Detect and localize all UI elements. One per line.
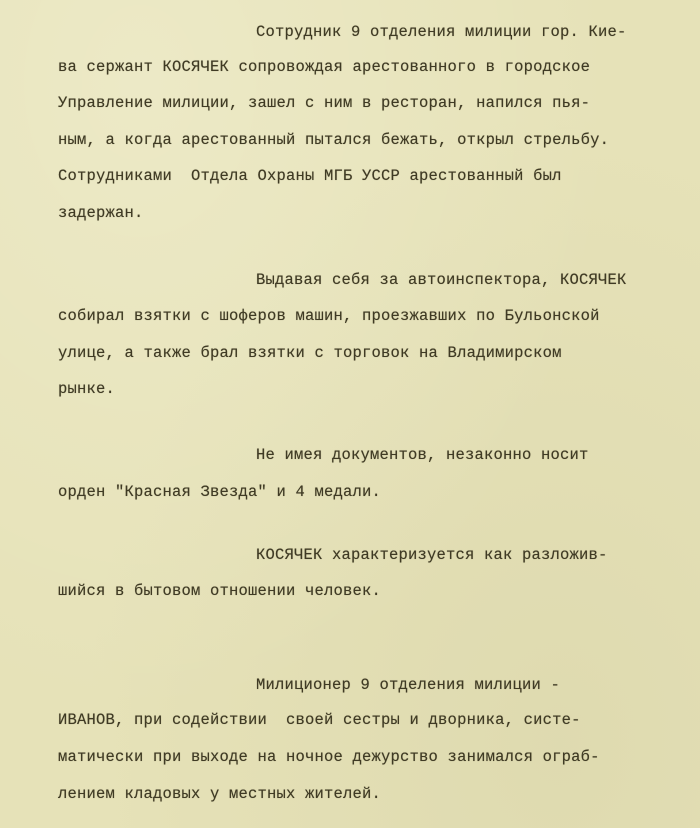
paragraph-1-line-1: Сотрудник 9 отделения милиции гор. Кие- [256,22,627,42]
paragraph-1-line-4: ным, а когда арестованный пытался бежать… [58,130,609,150]
paragraph-1-line-3: Управление милиции, зашел с ним в рестор… [58,93,590,113]
paragraph-3-line-2: орден "Красная Звезда" и 4 медали. [58,482,381,502]
paragraph-4-line-2: шийся в бытовом отношении человек. [58,581,381,601]
paragraph-5-line-3: матически при выходе на ночное дежурство… [58,747,600,767]
paragraph-1-line-2: ва сержант КОСЯЧЕК сопровождая арестован… [58,57,590,77]
document-page: Сотрудник 9 отделения милиции гор. Кие- … [0,0,700,828]
paragraph-5-line-4: лением кладовых у местных жителей. [58,784,381,804]
paragraph-3-line-1: Не имея документов, незаконно носит [256,445,589,465]
paragraph-5-line-1: Милиционер 9 отделения милиции - [256,675,560,695]
paragraph-4-line-1: КОСЯЧЕК характеризуется как разложив- [256,545,608,565]
paragraph-1-line-6: задержан. [58,203,144,223]
paragraph-2-line-2: собирал взятки с шоферов машин, проезжав… [58,306,600,326]
paragraph-5-line-2: ИВАНОВ, при содействии своей сестры и дв… [58,710,581,730]
paragraph-2-line-4: рынке. [58,379,115,399]
paragraph-2-line-3: улице, а также брал взятки с торговок на… [58,343,562,363]
paragraph-2-line-1: Выдавая себя за автоинспектора, КОСЯЧЕК [256,270,627,290]
paragraph-1-line-5: Сотрудниками Отдела Охраны МГБ УССР арес… [58,166,562,186]
